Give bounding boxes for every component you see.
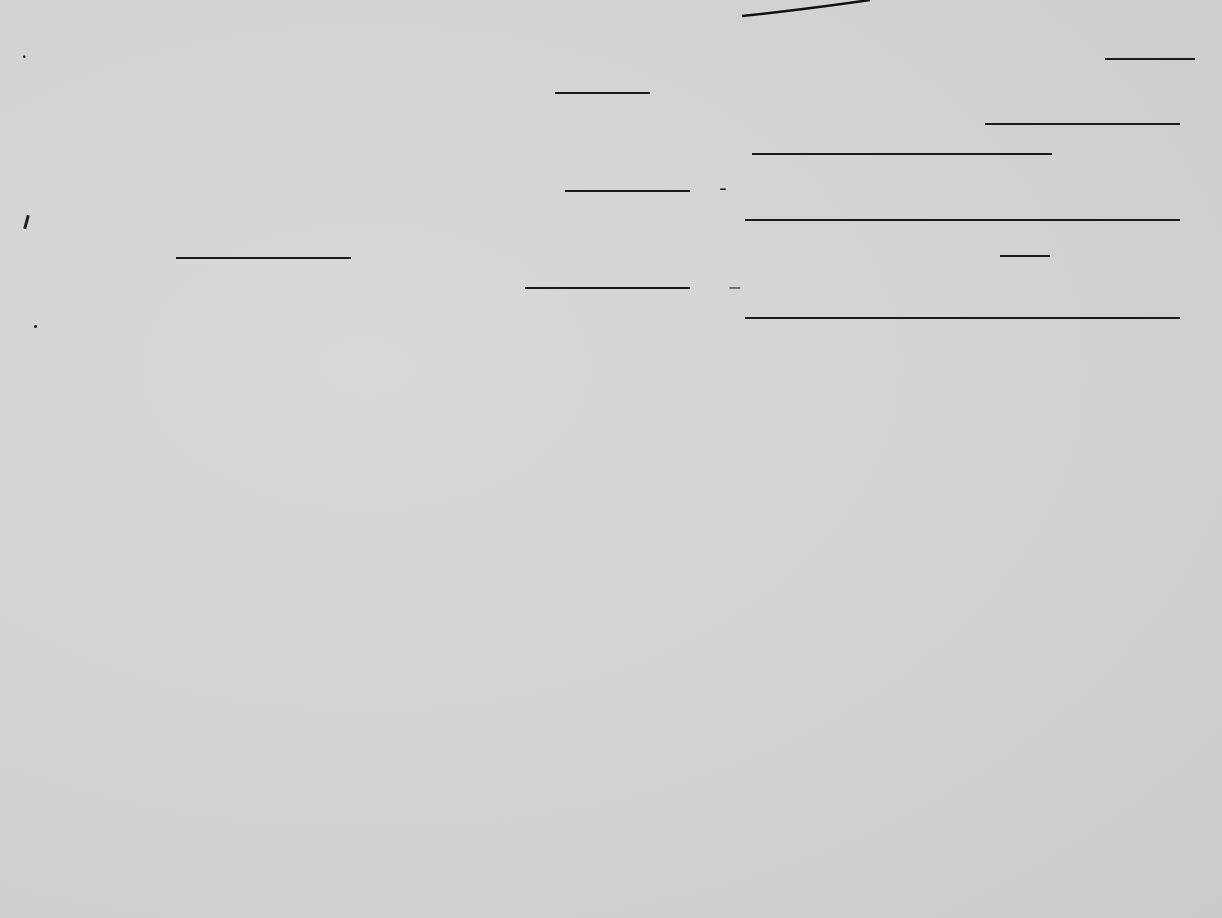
fill-rule	[565, 190, 690, 192]
line-9	[176, 306, 178, 332]
margin-dot	[34, 325, 37, 328]
fill-rule	[752, 153, 1052, 155]
margin-mark	[23, 215, 30, 229]
fill-rule	[745, 219, 1180, 221]
certificate-page: . -	[0, 0, 1222, 918]
line-6	[176, 206, 178, 232]
fill-rule	[1000, 255, 1050, 257]
fill-rule	[555, 92, 650, 94]
record-number: .	[22, 38, 28, 64]
line-8b: –	[712, 273, 740, 299]
line-10	[258, 339, 260, 365]
fill-rule	[985, 123, 1180, 125]
line-5b: -	[708, 174, 727, 200]
line-1	[257, 40, 259, 66]
line-2	[176, 73, 184, 99]
top-pen-stroke	[740, 0, 880, 20]
fill-rule	[176, 257, 351, 259]
line-7	[360, 240, 368, 266]
fill-rule	[525, 287, 690, 289]
fill-rule	[745, 317, 1180, 319]
fill-rule	[1105, 58, 1195, 60]
